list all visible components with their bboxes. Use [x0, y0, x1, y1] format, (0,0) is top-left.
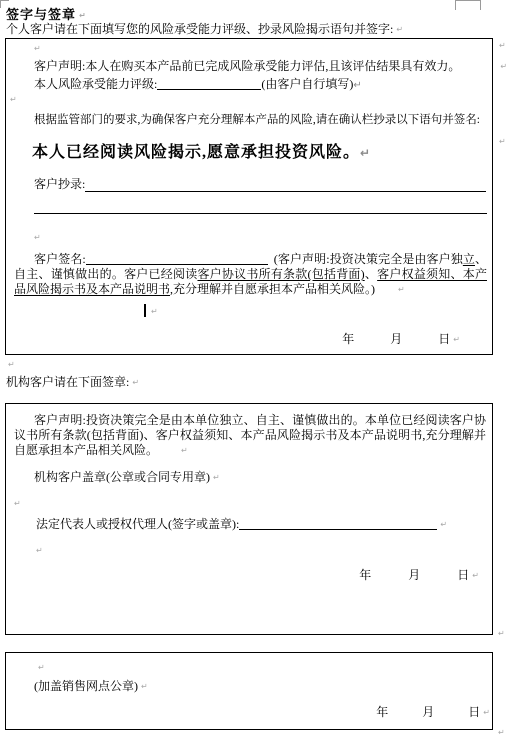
copy-instruction: 根据监管部门的要求,为确保客户充分理解本产品的风险,请在确认栏抄录以下语句并签名…: [34, 113, 480, 128]
date-year-label: 年: [359, 566, 371, 583]
customer-copy-label: 客户抄录:: [34, 177, 85, 192]
date-year-label: 年: [342, 330, 354, 347]
paragraph-mark: ↵: [141, 683, 148, 691]
paragraph-mark: ↵: [132, 379, 139, 387]
personal-date-line: 年月日↵: [342, 330, 492, 347]
date-day-label: 日: [468, 703, 480, 720]
paragraph-mark: ↵: [472, 572, 479, 580]
paragraph-mark: ↵: [500, 63, 506, 71]
paragraph-mark: ↵: [499, 42, 506, 50]
paragraph-mark: ↵: [499, 138, 506, 146]
customer-sign-label: 客户签名:: [34, 252, 86, 266]
representative-line: 法定代表人或授权代理人(签字或盖章):↵: [36, 517, 447, 532]
institution-declaration: 客户声明:投资决策完全是由本单位独立、自主、谨慎做出的。本单位已经阅读客户协议书…: [14, 413, 486, 458]
paragraph-mark: ↵: [483, 709, 490, 717]
personal-declaration: 客户声明:本人在购买本产品前已完成风险承受能力评估,且该评估结果具有效力。↵: [34, 59, 506, 74]
sign-note-text: (客户声明:投资决策完全是由客户独: [274, 252, 463, 266]
paragraph-mark: ↵: [14, 500, 21, 508]
sign-note-text: ,充分理解并自愿承担本产品相关风险。): [170, 282, 375, 296]
paragraph-mark: ↵: [498, 630, 505, 638]
date-month-label: 月: [422, 703, 434, 720]
sign-note-underlined: 立: [463, 252, 475, 266]
outlet-seal-note: (加盖销售网点公章): [34, 679, 138, 693]
risk-statement-text: 本人已经阅读风险揭示,愿意承担投资风险。: [32, 144, 360, 161]
institution-instruction-line: 机构客户请在下面签章:↵: [6, 375, 139, 390]
paragraph-mark: ↵: [38, 664, 45, 672]
paragraph-mark: ↵: [161, 447, 188, 455]
risk-rating-note: (由客户自行填写): [261, 77, 353, 91]
customer-signature-blank[interactable]: [86, 252, 268, 265]
sign-note-text: 、: [365, 267, 377, 281]
paragraph-mark: ↵: [36, 547, 43, 555]
date-month-label: 月: [408, 566, 420, 583]
risk-rating-blank[interactable]: [157, 77, 261, 90]
customer-copy-line: 客户抄录:: [34, 177, 486, 192]
paragraph-mark: ↵: [151, 308, 158, 316]
copy-instruction-text: 根据监管部门的要求,为确保客户充分理解本产品的风险,请在确认栏抄录以下语句并签名…: [34, 114, 480, 126]
paragraph-mark: ↵: [34, 234, 41, 242]
personal-instruction-line: 个人客户请在下面填写您的风险承受能力评级、抄录风险揭示语句并签字:↵: [6, 20, 403, 37]
table-handle-top-right-icon: [455, 0, 481, 10]
customer-sign-paragraph: 客户签名: (客户声明:投资决策完全是由客户独立、自主、谨慎做出的。客户已经阅读…: [14, 252, 487, 297]
institution-date-line: 年月日↵: [359, 566, 492, 583]
text-cursor[interactable]: [144, 304, 146, 317]
paragraph-mark: ↵: [79, 12, 87, 20]
date-day-label: 日: [457, 566, 469, 583]
institution-declaration-text: 客户声明:投资决策完全是由本单位独立、自主、谨慎做出的。本单位已经阅读客户协议书…: [14, 413, 486, 457]
risk-rating-line: 本人风险承受能力评级:(由客户自行填写)↵: [34, 77, 362, 93]
risk-rating-label: 本人风险承受能力评级:: [34, 77, 157, 91]
institution-signature-box: 客户声明:投资决策完全是由本单位独立、自主、谨慎做出的。本单位已经阅读客户协议书…: [5, 403, 493, 635]
risk-statement: 本人已经阅读风险揭示,愿意承担投资风险。↵: [32, 139, 371, 162]
personal-instruction-text: 个人客户请在下面填写您的风险承受能力评级、抄录风险揭示语句并签字:: [6, 22, 393, 36]
institution-seal-line: 机构客户盖章(公章或合同专用章)↵: [34, 470, 220, 485]
personal-declaration-text: 客户声明:本人在购买本产品前已完成风险承受能力评估,且该评估结果具有效力。: [34, 59, 460, 73]
date-month-label: 月: [390, 330, 402, 347]
paragraph-mark: ↵: [213, 474, 220, 482]
representative-label: 法定代表人或授权代理人(签字或盖章):: [36, 517, 239, 531]
representative-signature-blank[interactable]: [239, 517, 437, 530]
outlet-seal-line: (加盖销售网点公章)↵: [34, 679, 148, 694]
line-break-mark: ↵: [353, 80, 361, 91]
institution-seal-label: 机构客户盖章(公章或合同专用章): [34, 470, 210, 484]
paragraph-mark: ↵: [396, 26, 403, 34]
customer-copy-blank[interactable]: [85, 179, 486, 192]
line-break-mark: ↵: [360, 146, 371, 160]
customer-copy-blank-line2[interactable]: [34, 213, 487, 214]
paragraph-mark: ↵: [440, 521, 447, 529]
outlet-seal-box: ↵ (加盖销售网点公章)↵ 年月日↵: [5, 652, 493, 730]
paragraph-mark: ↵: [498, 729, 505, 736]
paragraph-mark: ↵: [453, 336, 460, 344]
date-year-label: 年: [376, 703, 388, 720]
paragraph-mark: ↵: [378, 286, 405, 294]
personal-signature-box: ↵ 客户声明:本人在购买本产品前已完成风险承受能力评估,且该评估结果具有效力。↵…: [5, 38, 493, 355]
date-day-label: 日: [438, 330, 450, 347]
institution-instruction-text: 机构客户请在下面签章:: [6, 375, 129, 389]
paragraph-mark: ↵: [34, 45, 41, 53]
paragraph-mark: ↵: [10, 96, 17, 104]
paragraph-mark: ↵: [8, 361, 15, 369]
sign-note-underlined: 客户协议书所有条款(包括背面): [197, 267, 364, 281]
outlet-date-line: 年月日↵: [376, 703, 492, 720]
